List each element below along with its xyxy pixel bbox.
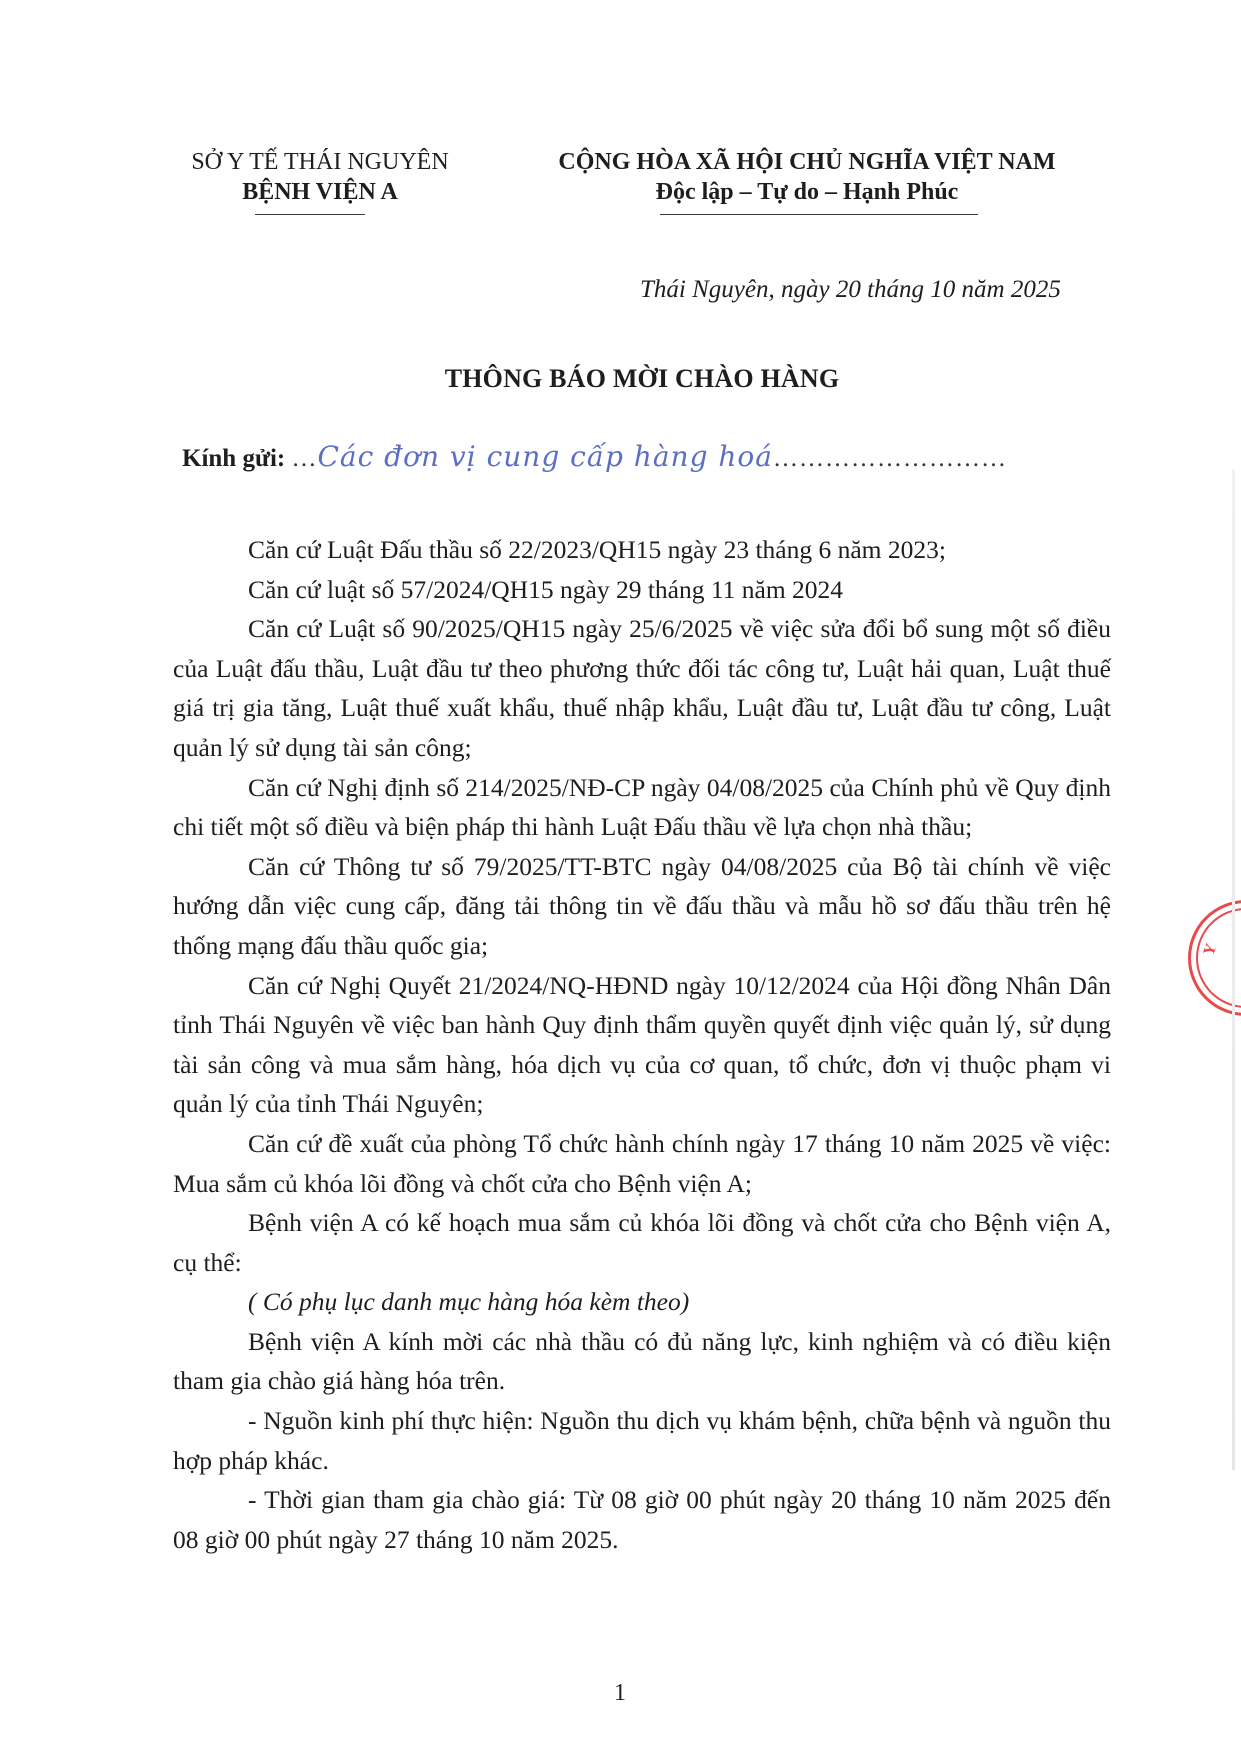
place-date: Thái Nguyên, ngày 20 tháng 10 năm 2025 — [640, 276, 1061, 304]
paragraph-appendix-note: ( Có phụ lục danh mục hàng hóa kèm theo) — [173, 1282, 1111, 1322]
recipient-trailing-dots: ……………………… — [773, 445, 1007, 472]
document-title: THÔNG BÁO MỜI CHÀO HÀNG — [173, 364, 1111, 394]
paragraph-invitation: Bệnh viện A kính mời các nhà thầu có đủ … — [173, 1322, 1111, 1401]
paragraph-proposal: Căn cứ đề xuất của phòng Tổ chức hành ch… — [173, 1124, 1111, 1203]
agency-parent: SỞ Y TẾ THÁI NGUYÊN — [170, 148, 470, 176]
document-body: Căn cứ Luật Đấu thầu số 22/2023/QH15 ngà… — [173, 530, 1111, 1559]
page-number: 1 — [600, 1680, 640, 1707]
recipient-handwritten: Các đơn vị cung cấp hàng hoá — [317, 440, 773, 473]
national-motto: Độc lập – Tự do – Hạnh Phúc — [522, 178, 1092, 206]
motto-underline — [660, 214, 978, 215]
agency-underline — [255, 214, 365, 215]
agency-name: BỆNH VIỆN A — [170, 178, 470, 206]
scan-edge-shadow — [1232, 470, 1235, 1470]
paragraph-legal-basis-6: Căn cứ Nghị Quyết 21/2024/NQ-HĐND ngày 1… — [173, 966, 1111, 1124]
paragraph-funding: - Nguồn kinh phí thực hiện: Nguồn thu dị… — [173, 1401, 1111, 1480]
stamp-text: Y — [1200, 941, 1221, 958]
recipient-leading-dots: … — [291, 445, 317, 472]
paragraph-plan: Bệnh viện A có kế hoạch mua sắm củ khóa … — [173, 1203, 1111, 1282]
paragraph-timeline: - Thời gian tham gia chào giá: Từ 08 giờ… — [173, 1480, 1111, 1559]
paragraph-legal-basis-1: Căn cứ Luật Đấu thầu số 22/2023/QH15 ngà… — [173, 530, 1111, 570]
paragraph-legal-basis-2: Căn cứ luật số 57/2024/QH15 ngày 29 thán… — [173, 570, 1111, 610]
paragraph-legal-basis-4: Căn cứ Nghị định số 214/2025/NĐ-CP ngày … — [173, 768, 1111, 847]
paragraph-legal-basis-3: Căn cứ Luật số 90/2025/QH15 ngày 25/6/20… — [173, 609, 1111, 767]
paragraph-legal-basis-5: Căn cứ Thông tư số 79/2025/TT-BTC ngày 0… — [173, 847, 1111, 966]
recipient-line: Kính gửi: …Các đơn vị cung cấp hàng hoá…… — [182, 440, 1007, 473]
country-name: CỘNG HÒA XÃ HỘI CHỦ NGHĨA VIỆT NAM — [522, 148, 1092, 176]
recipient-label: Kính gửi: — [182, 445, 285, 472]
